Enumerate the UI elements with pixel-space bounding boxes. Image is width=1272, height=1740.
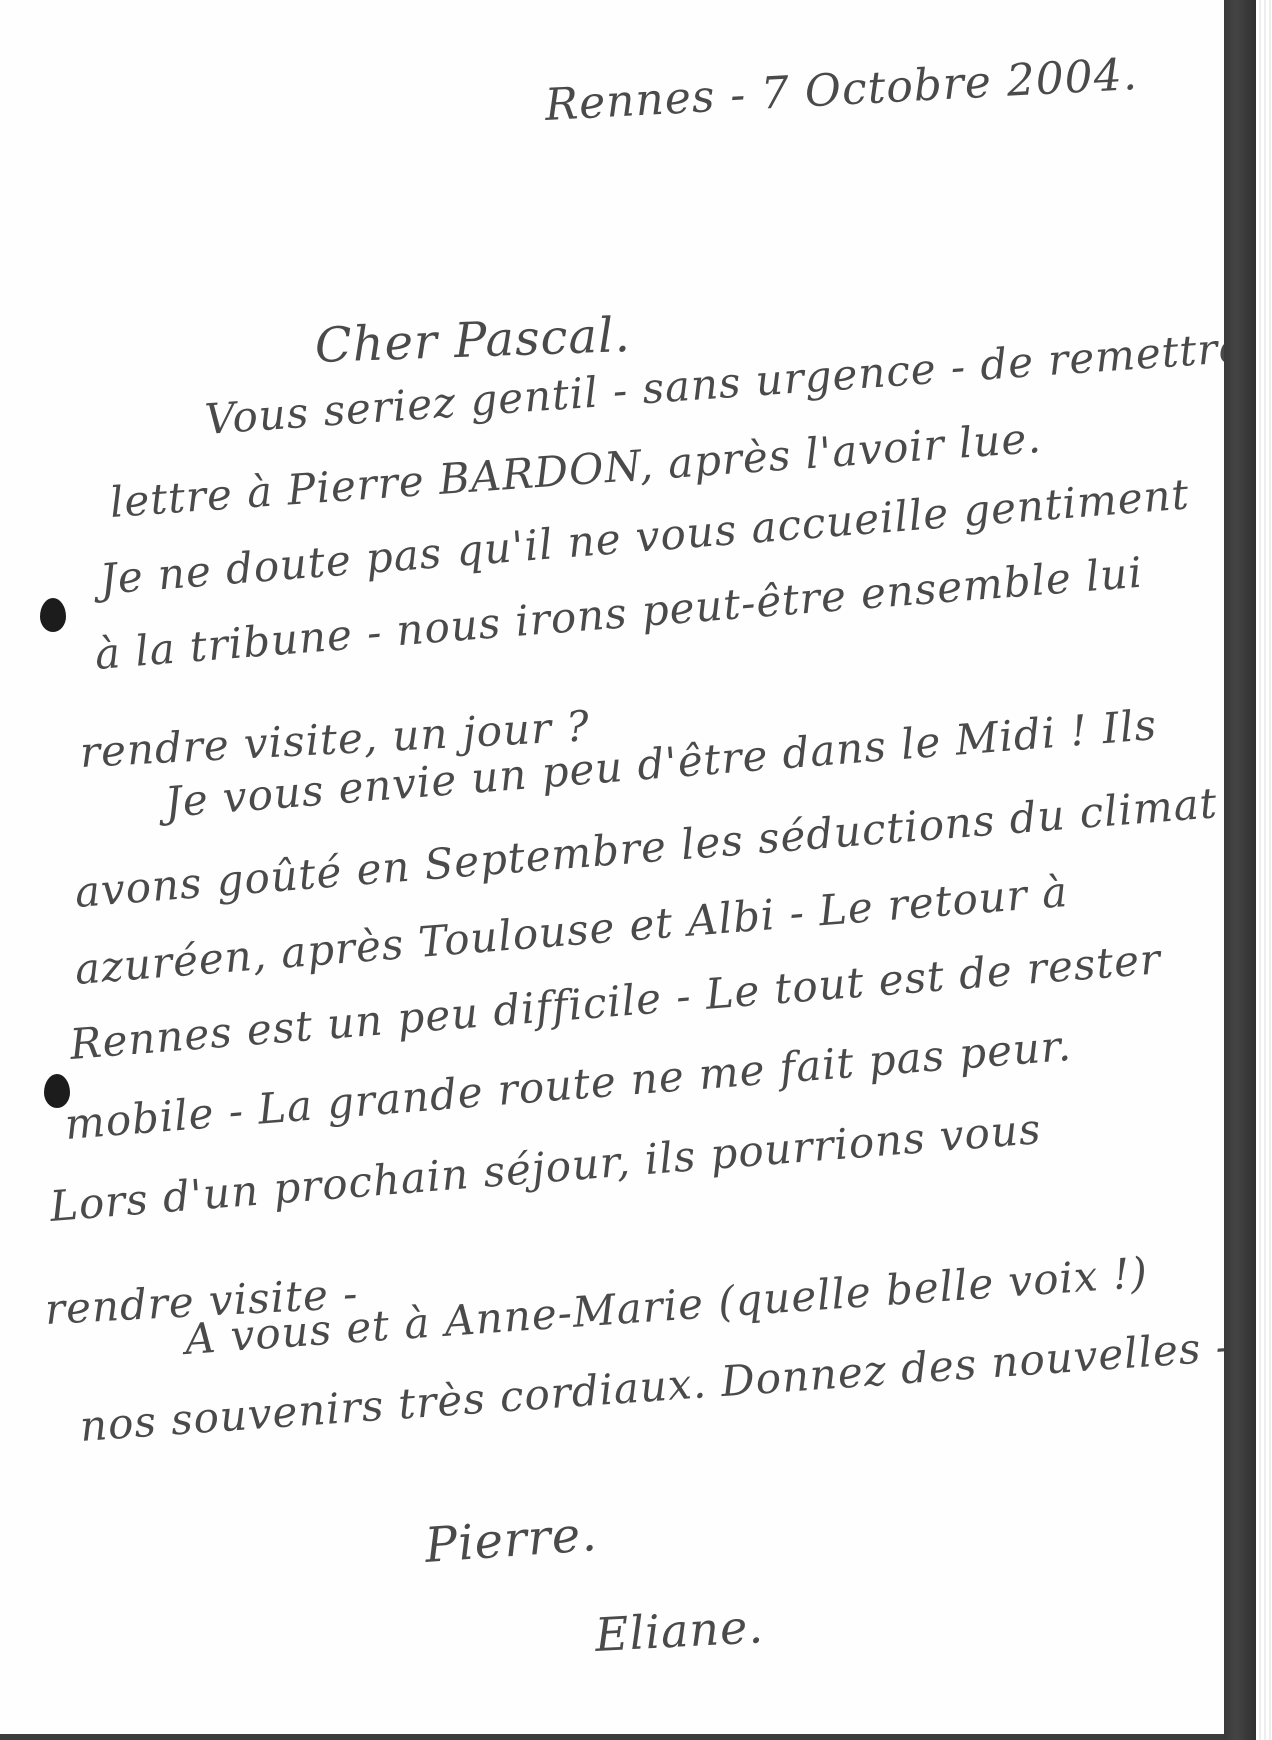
scan-right-edge-bar [1224, 0, 1256, 1740]
signature: Eliane. [594, 1599, 766, 1662]
scan-right-edge-strip [1256, 0, 1272, 1740]
place-date: Rennes - 7 Octobre 2004. [544, 49, 1139, 131]
scan-bottom-edge [0, 1734, 1224, 1740]
closing: Pierre. [423, 1506, 599, 1574]
punch-hole-lower [44, 1074, 70, 1108]
salutation: Cher Pascal. [314, 307, 632, 374]
letter-page: Rennes - 7 Octobre 2004. Cher Pascal. Vo… [0, 0, 1224, 1734]
punch-hole-upper [40, 598, 66, 632]
